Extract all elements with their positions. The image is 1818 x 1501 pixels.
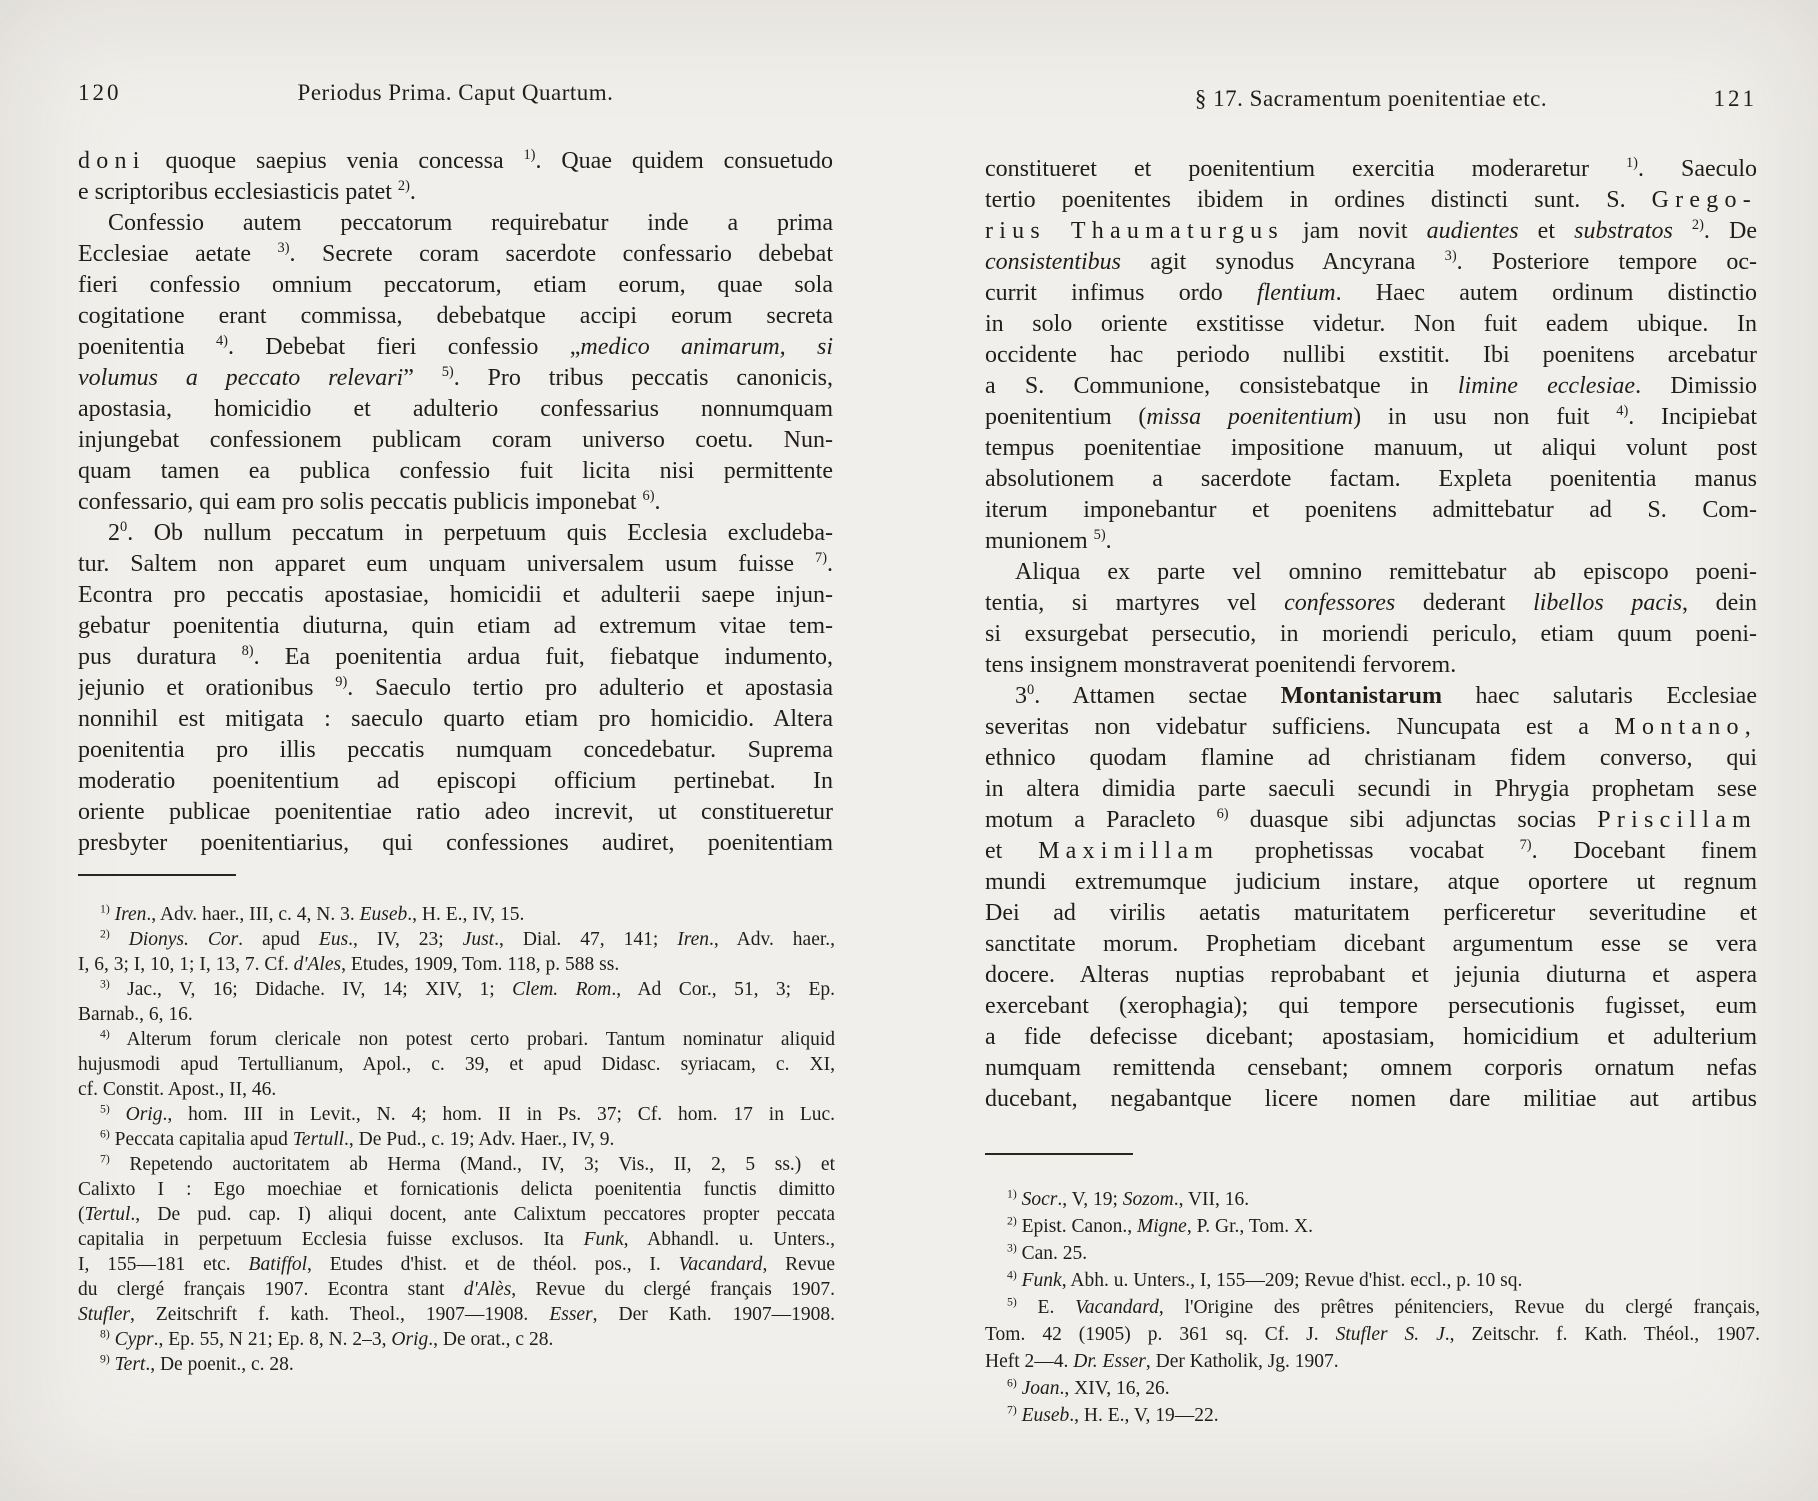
text-line: ethnico quodam flamine ad christianam fi… <box>985 743 1757 774</box>
text-run: absolutionem a sacerdote factam. Expleta… <box>985 466 1757 492</box>
text-run: et <box>1519 218 1575 244</box>
text-line: 3) Jac., V, 16; Didache. IV, 14; XIV, 1;… <box>78 977 835 1002</box>
text-run: in altera dimidia parte saeculi secundi … <box>985 776 1757 802</box>
text-run: Tom. 42 (1905) p. 361 sq. Cf. J. <box>985 1324 1336 1345</box>
text-line: Heft 2—4. Dr. Esser, Der Katholik, Jg. 1… <box>985 1348 1760 1375</box>
text-line: Ecclesiae aetate 3). Secrete coram sacer… <box>78 239 833 270</box>
text-run: limine ecclesiae <box>1458 373 1635 399</box>
text-line: currit infimus ordo flentium. Haec autem… <box>985 278 1757 309</box>
text-run: occidente hac periodo nullibi exstitit. … <box>985 342 1757 368</box>
text-line: I, 155—181 etc. Batiffol, Etudes d'hist.… <box>78 1252 835 1277</box>
text-line: du clergé français 1907. Econtra stant d… <box>78 1277 835 1302</box>
text-run: medico animarum, si <box>580 334 833 360</box>
text-run: . De <box>1704 218 1757 244</box>
text-run: Clem. Rom <box>512 979 611 1000</box>
text-run: a S. Communione, consistebatque in <box>985 373 1458 399</box>
text-line: tertio poenitentes ibidem in ordines dis… <box>985 185 1757 216</box>
text-run: ., V, 19; <box>1057 1189 1122 1210</box>
text-run: missa poenitentium <box>1146 404 1353 430</box>
footnote-reference: 8) <box>242 643 254 659</box>
footnote-reference: 9) <box>100 1353 110 1366</box>
text-run: . <box>827 551 833 577</box>
text-line: oriente publicae poenitentiae ratio adeo… <box>78 797 833 828</box>
text-line: doni quoque saepius venia concessa 1). Q… <box>78 146 833 177</box>
text-line: tempus poenitentiae impositione manuum, … <box>985 433 1757 464</box>
text-run: Vacandard <box>1075 1297 1159 1318</box>
text-run: I, 155—181 etc. <box>78 1254 249 1275</box>
text-line: 3) Can. 25. <box>985 1240 1760 1267</box>
footnote-reference: 7) <box>815 550 827 566</box>
text-line: sanctitate morum. Prophetiam dicebant ar… <box>985 929 1757 960</box>
text-run: ., Dial. 47, 141; <box>494 929 677 950</box>
text-line: 7) Repetendo auctoritatem ab Herma (Mand… <box>78 1152 835 1177</box>
text-run: Euseb <box>360 904 408 925</box>
text-run: Sozom <box>1123 1189 1174 1210</box>
text-run: fieri confessio omnium peccatorum, etiam… <box>78 272 833 298</box>
text-run: ., IV, 23; <box>348 929 463 950</box>
text-run: Repetendo auctoritatem ab Herma (Mand., … <box>110 1154 835 1175</box>
text-run: injungebat confessionem publicam coram u… <box>78 427 833 453</box>
text-line: Barnab., 6, 16. <box>78 1002 835 1027</box>
text-run: confessario, qui eam pro solis peccatis … <box>78 489 643 515</box>
text-run: ., De Pud., c. 19; Adv. Haer., IV, 9. <box>344 1129 614 1150</box>
text-run: consistentibus <box>985 249 1121 275</box>
text-run: Funk <box>1022 1270 1062 1291</box>
text-line: consistentibus agit synodus Ancyrana 3).… <box>985 247 1757 278</box>
footnote-reference: 6) <box>643 488 655 504</box>
text-line: constitueret et poenitentium exercitia m… <box>985 154 1757 185</box>
text-run: Ecclesiae aetate <box>78 241 278 267</box>
text-line: 5) Orig., hom. III in Levit., N. 4; hom.… <box>78 1102 835 1127</box>
text-line: 1) Iren., Adv. haer., III, c. 4, N. 3. E… <box>78 902 835 927</box>
text-run: presbyter poenitentiarius, qui confessio… <box>78 830 833 856</box>
text-line: 8) Cypr., Ep. 55, N 21; Ep. 8, N. 2–3, O… <box>78 1327 835 1352</box>
text-run: flentium <box>1257 280 1336 306</box>
text-line: jejunio et orationibus 9). Saeculo terti… <box>78 673 833 704</box>
footnote-reference: 5) <box>1094 527 1106 543</box>
footnote-reference: 2) <box>100 928 110 941</box>
text-line: confessario, qui eam pro solis peccatis … <box>78 487 833 518</box>
text-run: Aliqua ex parte vel omnino remittebatur … <box>1015 559 1757 585</box>
text-run: du clergé français 1907. Econtra stant <box>78 1279 464 1300</box>
text-run: ) in usu non fuit <box>1353 404 1616 430</box>
footnote-reference: 6) <box>1007 1377 1017 1390</box>
text-run: Migne <box>1137 1216 1187 1237</box>
text-line: poenitentia 4). Debebat fieri confessio … <box>78 332 833 363</box>
text-line: iterum imponebantur et poenitens admitte… <box>985 495 1757 526</box>
text-run: . Haec autem ordinum distinctio <box>1336 280 1757 306</box>
text-line: nonnihil est mitigata : saeculo quarto e… <box>78 704 833 735</box>
footnote-reference: 5) <box>1007 1296 1017 1309</box>
text-run: a fide defecisse dicebant; apostasiam, h… <box>985 1024 1757 1050</box>
text-line: 4) Funk, Abh. u. Unters., I, 155—209; Re… <box>985 1267 1760 1294</box>
text-run: . Saeculo <box>1638 156 1757 182</box>
text-run: e scriptoribus ecclesiasticis patet <box>78 179 398 205</box>
text-run: , Etudes, 1909, Tom. 118, p. 588 ss. <box>341 954 619 975</box>
text-run: Jac., V, 16; Didache. IV, 14; XIV, 1; <box>110 979 512 1000</box>
text-run: ., H. E., V, 19—22. <box>1069 1405 1218 1426</box>
text-line: munionem 5). <box>985 526 1757 557</box>
text-run: jejunio et orationibus <box>78 675 335 701</box>
text-line: 2) Dionys. Cor. apud Eus., IV, 23; Just.… <box>78 927 835 952</box>
text-line: capitalia in perpetuum Ecclesia fuisse e… <box>78 1227 835 1252</box>
text-run: nonnihil est mitigata : saeculo quarto e… <box>78 706 833 732</box>
text-run: Euseb <box>1022 1405 1070 1426</box>
text-run: ducebant, negabantque licere nomen dare … <box>985 1086 1757 1112</box>
text-run: tempus poenitentiae impositione manuum, … <box>985 435 1757 461</box>
footnote-reference: 3) <box>278 240 290 256</box>
text-run: Socr <box>1022 1189 1058 1210</box>
text-run: Can. 25. <box>1017 1243 1087 1264</box>
text-run: Econtra pro peccatis apostasiae, homicid… <box>78 582 833 608</box>
text-line: presbyter poenitentiarius, qui confessio… <box>78 828 833 859</box>
right-page-body: constitueret et poenitentium exercitia m… <box>985 154 1757 1115</box>
text-line: Confessio autem peccatorum requirebatur … <box>78 208 833 239</box>
text-run: exercebant (xerophagia); qui tempore per… <box>985 993 1757 1019</box>
text-run: . <box>655 489 661 515</box>
text-line: severitas non videbatur sufficiens. Nunc… <box>985 712 1757 743</box>
text-run: tens insignem monstraverat poenitendi fe… <box>985 652 1456 678</box>
text-run: . Debebat fieri confessio „ <box>228 334 580 360</box>
text-run: Heft 2—4. <box>985 1351 1073 1372</box>
text-run: . <box>410 179 416 205</box>
text-run: , Der Katholik, Jg. 1907. <box>1146 1351 1339 1372</box>
text-run: Tertull <box>293 1129 344 1150</box>
text-line: in solo oriente exstitisse videtur. Non … <box>985 309 1757 340</box>
right-page-header: § 17. Sacramentum poenitentiae etc. 121 <box>985 86 1757 118</box>
text-run: poenitentia pro illis peccatis numquam c… <box>78 737 833 763</box>
footnote-reference: 1) <box>1626 155 1638 171</box>
text-run: capitalia in perpetuum Ecclesia fuisse e… <box>78 1229 584 1250</box>
text-line: motum a Paracleto 6) duasque sibi adjunc… <box>985 805 1757 836</box>
text-run: E. <box>1017 1297 1075 1318</box>
text-line: Econtra pro peccatis apostasiae, homicid… <box>78 580 833 611</box>
text-run: Just <box>463 929 494 950</box>
text-run: Maximillam <box>1038 838 1219 864</box>
footnote-reference: 5) <box>100 1103 110 1116</box>
text-run: , Zeitschrift f. kath. Theol., 1907—1908… <box>130 1304 549 1325</box>
text-run: gebatur poenitentia diuturna, quin etiam… <box>78 613 833 639</box>
text-line: injungebat confessionem publicam coram u… <box>78 425 833 456</box>
text-run: Dr. Esser <box>1073 1351 1146 1372</box>
text-run: mundi extremumque judicium instare, atqu… <box>985 869 1757 895</box>
footnote-reference: 1) <box>100 903 110 916</box>
text-run <box>110 1104 126 1125</box>
text-run: , Etudes d'hist. et de théol. pos., I. <box>307 1254 679 1275</box>
text-run: quoque saepius venia concessa <box>146 148 524 174</box>
text-run: Dei ad virilis aetatis maturitatem perfi… <box>985 900 1757 926</box>
text-run: , Revue <box>762 1254 835 1275</box>
text-run <box>110 929 129 950</box>
text-run: poenitentium ( <box>985 404 1146 430</box>
text-run: poenitentia <box>78 334 216 360</box>
page-number-right: 121 <box>1714 86 1758 112</box>
text-run: tur. Saltem non apparet eum unquam unive… <box>78 551 815 577</box>
text-line: et Maximillam prophetissas vocabat 7). D… <box>985 836 1757 867</box>
footnote-reference: 2) <box>1007 1215 1017 1228</box>
text-run: rius Thaumaturgus <box>985 218 1284 244</box>
text-run: haec salutaris Ecclesiae <box>1442 683 1757 709</box>
text-run: , P. Gr., Tom. X. <box>1187 1216 1313 1237</box>
text-run: ., Adv. haer., <box>709 929 835 950</box>
footnote-reference: 4) <box>216 333 228 349</box>
text-run: Joan <box>1022 1378 1060 1399</box>
text-run: Eus <box>319 929 348 950</box>
text-line: occidente hac periodo nullibi exstitit. … <box>985 340 1757 371</box>
text-run: dederant <box>1395 590 1533 616</box>
left-page-body: doni quoque saepius venia concessa 1). Q… <box>78 146 833 859</box>
text-run: . Incipiebat <box>1628 404 1757 430</box>
text-run: . Ea poenitentia ardua fuit, fiebatque i… <box>254 644 833 670</box>
text-run: ., Adv. haer., III, c. 4, N. 3. <box>146 904 359 925</box>
footnote-reference: 9) <box>335 674 347 690</box>
text-run: , l'Origine des prêtres pénitenciers, Re… <box>1159 1297 1760 1318</box>
text-run: d'Alès <box>464 1279 512 1300</box>
text-line: tur. Saltem non apparet eum unquam unive… <box>78 549 833 580</box>
text-run: . apud <box>238 929 319 950</box>
text-run: Montano, <box>1614 714 1757 740</box>
text-run: Funk <box>584 1229 624 1250</box>
text-run: Stufler S. J <box>1336 1324 1445 1345</box>
text-run: et <box>985 838 1038 864</box>
text-run: Epist. Canon., <box>1017 1216 1137 1237</box>
text-run: ., XIV, 16, 26. <box>1060 1378 1170 1399</box>
footnote-reference: 7) <box>100 1153 110 1166</box>
text-run: Orig <box>126 1104 163 1125</box>
text-run: ., hom. III in Levit., N. 4; hom. II in … <box>162 1104 835 1125</box>
text-run: currit infimus ordo <box>985 280 1257 306</box>
text-run: , Der Kath. 1907—1908. <box>593 1304 835 1325</box>
text-run: . Docebant finem <box>1532 838 1757 864</box>
footnote-reference: 1) <box>523 147 535 163</box>
text-line: 6) Peccata capitalia apud Tertull., De P… <box>78 1127 835 1152</box>
running-title-left: Periodus Prima. Caput Quartum. <box>78 80 833 106</box>
text-run: in solo oriente exstitisse videtur. Non … <box>985 311 1757 337</box>
text-line: cogitatione erant commissa, debebatque a… <box>78 301 833 332</box>
text-line: 2) Epist. Canon., Migne, P. Gr., Tom. X. <box>985 1213 1760 1240</box>
text-run: Tert <box>115 1354 146 1375</box>
text-run: . Quae quidem consuetudo <box>535 148 833 174</box>
footnote-reference: 6) <box>1217 806 1229 822</box>
text-run: prophetissas vocabat <box>1219 838 1519 864</box>
text-line: 9) Tert., De poenit., c. 28. <box>78 1352 835 1377</box>
text-line: Dei ad virilis aetatis maturitatem perfi… <box>985 898 1757 929</box>
footnote-reference: 3) <box>1007 1242 1017 1255</box>
text-line: Aliqua ex parte vel omnino remittebatur … <box>985 557 1757 588</box>
text-line: numquam remittenda censebant; omnem corp… <box>985 1053 1757 1084</box>
text-run: , Revue du clergé français 1907. <box>511 1279 835 1300</box>
text-run: Confessio autem peccatorum requirebatur … <box>108 210 833 236</box>
text-run: ., Ep. 55, N 21; Ep. 8, N. 2–3, <box>154 1329 392 1350</box>
text-line: I, 6, 3; I, 10, 1; I, 13, 7. Cf. d'Ales,… <box>78 952 835 977</box>
text-run: . Dimissio <box>1635 373 1757 399</box>
footnote-reference: 3) <box>100 978 110 991</box>
text-run: ., De orat., c 28. <box>428 1329 553 1350</box>
footnote-rule-right <box>985 1153 1133 1155</box>
text-run: ., Ad Cor., 51, 3; Ep. <box>611 979 835 1000</box>
page-number-left: 120 <box>78 80 122 106</box>
text-run: . Attamen sectae <box>1034 683 1280 709</box>
text-run <box>1673 218 1692 244</box>
text-line: 1) Socr., V, 19; Sozom., VII, 16. <box>985 1186 1760 1213</box>
text-run: Calixto I : Ego moechiae et fornicationi… <box>78 1179 835 1200</box>
text-run: iterum imponebantur et poenitens admitte… <box>985 497 1757 523</box>
text-line: mundi extremumque judicium instare, atqu… <box>985 867 1757 898</box>
text-run: ., Zeitschr. f. Kath. Théol., 1907. <box>1445 1324 1760 1345</box>
text-run: libellos pacis <box>1533 590 1682 616</box>
text-run: apostasia, homicidio et adulterio confes… <box>78 396 833 422</box>
text-line: apostasia, homicidio et adulterio confes… <box>78 394 833 425</box>
text-run: sanctitate morum. Prophetiam dicebant ar… <box>985 931 1757 957</box>
running-title-right: § 17. Sacramentum poenitentiae etc. <box>985 86 1757 112</box>
text-run: Montanistarum <box>1281 683 1442 709</box>
footnote-reference: 2) <box>398 178 410 194</box>
text-run: numquam remittenda censebant; omnem corp… <box>985 1055 1757 1081</box>
text-run: constitueret et poenitentium exercitia m… <box>985 156 1626 182</box>
text-run: motum a Paracleto <box>985 807 1217 833</box>
text-run: oriente publicae poenitentiae ratio adeo… <box>78 799 833 825</box>
text-run: doni <box>78 148 146 174</box>
text-run: . Ob nullum peccatum in perpetuum quis E… <box>127 520 833 546</box>
text-run: Tertul <box>85 1204 131 1225</box>
text-line: gebatur poenitentia diuturna, quin etiam… <box>78 611 833 642</box>
text-line: tentia, si martyres vel confessores dede… <box>985 588 1757 619</box>
text-line: Tom. 42 (1905) p. 361 sq. Cf. J. Stufler… <box>985 1321 1760 1348</box>
text-run: Priscillam <box>1597 807 1757 833</box>
text-line: poenitentium (missa poenitentium) in usu… <box>985 402 1757 433</box>
footnote-reference: 4) <box>100 1028 110 1041</box>
text-line: 6) Joan., XIV, 16, 26. <box>985 1375 1760 1402</box>
text-run: . Saeculo tertio pro adulterio et aposta… <box>347 675 833 701</box>
text-run: 2 <box>108 520 120 546</box>
text-run: . Secrete coram sacerdote confessario de… <box>290 241 834 267</box>
text-line: (Tertul., De pud. cap. I) aliqui docent,… <box>78 1202 835 1227</box>
text-run: ., H. E., IV, 15. <box>407 904 524 925</box>
text-run: volumus a peccato relevari <box>78 365 403 391</box>
text-run: ” <box>403 365 442 391</box>
right-page-footnotes: 1) Socr., V, 19; Sozom., VII, 16.2) Epis… <box>985 1186 1760 1429</box>
text-run: docere. Alteras nuptias reprobabant et j… <box>985 962 1757 988</box>
text-run: Iren <box>677 929 709 950</box>
text-run: Batiffol <box>249 1254 308 1275</box>
footnote-reference: 1) <box>1007 1188 1017 1201</box>
text-run: confessores <box>1284 590 1395 616</box>
text-run: Grego- <box>1652 187 1757 213</box>
text-line: 5) E. Vacandard, l'Origine des prêtres p… <box>985 1294 1760 1321</box>
text-line: absolutionem a sacerdote factam. Expleta… <box>985 464 1757 495</box>
footnote-reference: 6) <box>100 1128 110 1141</box>
text-line: hujusmodi apud Tertullianum, Apol., c. 3… <box>78 1052 835 1077</box>
text-line: si exsurgebat persecutio, in moriendi pe… <box>985 619 1757 650</box>
text-run: tentia, si martyres vel <box>985 590 1284 616</box>
text-line: moderatio poenitentium ad episcopi offic… <box>78 766 833 797</box>
text-line: 30. Attamen sectae Montanistarum haec sa… <box>985 681 1757 712</box>
text-run: I, 6, 3; I, 10, 1; I, 13, 7. Cf. <box>78 954 294 975</box>
text-line: a fide defecisse dicebant; apostasiam, h… <box>985 1022 1757 1053</box>
text-run: cogitatione erant commissa, debebatque a… <box>78 303 833 329</box>
text-run: hujusmodi apud Tertullianum, Apol., c. 3… <box>78 1054 835 1075</box>
left-page-footnotes: 1) Iren., Adv. haer., III, c. 4, N. 3. E… <box>78 902 835 1377</box>
text-run: quam tamen ea publica confessio fuit lic… <box>78 458 833 484</box>
text-run: d'Ales <box>294 954 342 975</box>
text-line: rius Thaumaturgus jam novit audientes et… <box>985 216 1757 247</box>
text-run: audientes <box>1427 218 1519 244</box>
text-run: . Posteriore tempore oc- <box>1457 249 1757 275</box>
text-run: Stufler <box>78 1304 130 1325</box>
text-line: poenitentia pro illis peccatis numquam c… <box>78 735 833 766</box>
text-line: 4) Alterum forum clericale non potest ce… <box>78 1027 835 1052</box>
text-run: Barnab., 6, 16. <box>78 1004 193 1025</box>
text-line: docere. Alteras nuptias reprobabant et j… <box>985 960 1757 991</box>
text-line: volumus a peccato relevari” 5). Pro trib… <box>78 363 833 394</box>
footnote-reference: 5) <box>442 364 454 380</box>
text-line: Stufler, Zeitschrift f. kath. Theol., 19… <box>78 1302 835 1327</box>
text-run: . <box>1106 528 1112 554</box>
text-run: , dein <box>1682 590 1757 616</box>
text-run: munionem <box>985 528 1094 554</box>
text-run: jam novit <box>1284 218 1427 244</box>
text-run: , Abh. u. Unters., I, 155—209; Revue d'h… <box>1062 1270 1523 1291</box>
footnote-reference: 7) <box>1007 1404 1017 1417</box>
text-line: e scriptoribus ecclesiasticis patet 2). <box>78 177 833 208</box>
text-run: si exsurgebat persecutio, in moriendi pe… <box>985 621 1757 647</box>
text-run: duasque sibi adjunctas socias <box>1229 807 1598 833</box>
text-run: Orig <box>391 1329 428 1350</box>
text-run: Alterum forum clericale non potest certo… <box>110 1029 835 1050</box>
text-run: Vacandard <box>679 1254 763 1275</box>
text-line: quam tamen ea publica confessio fuit lic… <box>78 456 833 487</box>
text-run: substratos <box>1574 218 1673 244</box>
text-run: , Abhandl. u. Unters., <box>624 1229 835 1250</box>
footnote-reference: 4) <box>1616 403 1628 419</box>
text-line: pus duratura 8). Ea poenitentia ardua fu… <box>78 642 833 673</box>
footnote-reference: 8) <box>100 1328 110 1341</box>
footnote-reference: 2) <box>1692 217 1704 233</box>
text-run: ., De pud. cap. I) aliqui docent, ante C… <box>130 1204 835 1225</box>
text-run: 3 <box>1015 683 1027 709</box>
text-line: 7) Euseb., H. E., V, 19—22. <box>985 1402 1760 1429</box>
footnote-reference: 7) <box>1520 837 1532 853</box>
footnote-reference: 3) <box>1445 248 1457 264</box>
text-run: Dionys. Cor <box>129 929 238 950</box>
text-line: tens insignem monstraverat poenitendi fe… <box>985 650 1757 681</box>
text-run: tertio poenitentes ibidem in ordines dis… <box>985 187 1652 213</box>
text-run: Peccata capitalia apud <box>110 1129 293 1150</box>
text-line: fieri confessio omnium peccatorum, etiam… <box>78 270 833 301</box>
text-line: Calixto I : Ego moechiae et fornicationi… <box>78 1177 835 1202</box>
text-run: . Pro tribus peccatis canonicis, <box>454 365 833 391</box>
text-run: Esser <box>549 1304 592 1325</box>
text-run: cf. Constit. Apost., II, 46. <box>78 1079 276 1100</box>
book-spread: 120 Periodus Prima. Caput Quartum. doni … <box>0 0 1818 1501</box>
footnote-reference: 4) <box>1007 1269 1017 1282</box>
text-line: in altera dimidia parte saeculi secundi … <box>985 774 1757 805</box>
text-run: agit synodus Ancyrana <box>1121 249 1445 275</box>
text-run: Cypr <box>115 1329 154 1350</box>
footnote-rule-left <box>78 874 236 876</box>
text-run: ., VII, 16. <box>1174 1189 1249 1210</box>
text-line: cf. Constit. Apost., II, 46. <box>78 1077 835 1102</box>
text-run: moderatio poenitentium ad episcopi offic… <box>78 768 833 794</box>
text-run: severitas non videbatur sufficiens. Nunc… <box>985 714 1614 740</box>
text-run: pus duratura <box>78 644 242 670</box>
text-line: exercebant (xerophagia); qui tempore per… <box>985 991 1757 1022</box>
text-line: ducebant, negabantque licere nomen dare … <box>985 1084 1757 1115</box>
text-run: Iren <box>115 904 147 925</box>
left-page-header: 120 Periodus Prima. Caput Quartum. <box>78 80 833 112</box>
text-line: a S. Communione, consistebatque in limin… <box>985 371 1757 402</box>
text-line: 20. Ob nullum peccatum in perpetuum quis… <box>78 518 833 549</box>
